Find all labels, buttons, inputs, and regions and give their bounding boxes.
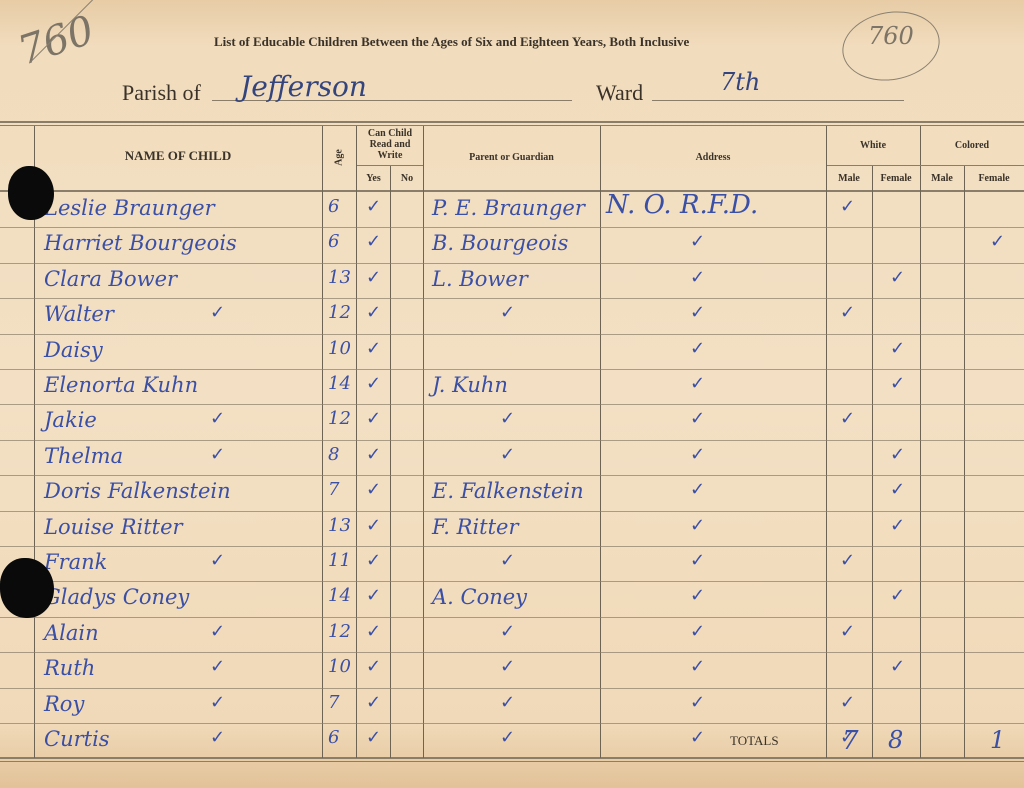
- can-read-write-yes: ✓: [366, 231, 381, 252]
- white-female-mark: ✓: [890, 656, 905, 677]
- address: ✓: [690, 656, 705, 677]
- parent-or-guardian: ✓: [500, 621, 515, 642]
- can-read-write-yes: ✓: [366, 656, 381, 677]
- header-name-of-child: NAME OF CHILD: [34, 150, 322, 161]
- row-divider: [0, 334, 1024, 335]
- parent-or-guardian: F. Ritter: [432, 515, 519, 539]
- totals-white-female: 8: [888, 726, 903, 754]
- binder-hole-bottom: [0, 558, 54, 618]
- col-divider: [423, 126, 424, 758]
- child-name: Daisy: [44, 338, 103, 362]
- table-bottom-border-2: [0, 761, 1024, 762]
- address: ✓: [690, 479, 705, 500]
- child-age: 14: [328, 585, 351, 606]
- surname-check-mark: ✓: [210, 692, 225, 713]
- row-divider: [0, 617, 1024, 618]
- parent-or-guardian: ✓: [500, 302, 515, 323]
- child-name: Thelma: [44, 444, 123, 468]
- surname-check-mark: ✓: [210, 302, 225, 323]
- child-name: Clara Bower: [44, 267, 177, 291]
- parent-or-guardian: ✓: [500, 727, 515, 748]
- address: ✓: [690, 585, 705, 606]
- child-name: Harriet Bourgeois: [44, 231, 237, 255]
- can-read-write-yes: ✓: [366, 585, 381, 606]
- white-female-mark: ✓: [890, 515, 905, 536]
- col-divider: [872, 166, 873, 758]
- surname-check-mark: ✓: [210, 550, 225, 571]
- address: ✓: [690, 302, 705, 323]
- can-read-write-yes: ✓: [366, 444, 381, 465]
- col-divider: [826, 126, 827, 758]
- can-read-write-yes: ✓: [366, 373, 381, 394]
- row-divider: [0, 758, 1024, 759]
- parent-or-guardian: L. Bower: [432, 267, 528, 291]
- address: ✓: [690, 373, 705, 394]
- col-divider: [34, 126, 35, 758]
- address: ✓: [690, 550, 705, 571]
- white-male-mark: ✓: [840, 621, 855, 642]
- row-divider: [0, 723, 1024, 724]
- child-name: Alain: [44, 621, 99, 645]
- parent-or-guardian: ✓: [500, 656, 515, 677]
- child-name: Ruth: [44, 656, 95, 680]
- row-divider: [0, 440, 1024, 441]
- white-female-mark: ✓: [890, 267, 905, 288]
- address: ✓: [690, 515, 705, 536]
- row-divider: [0, 263, 1024, 264]
- parent-or-guardian: ✓: [500, 444, 515, 465]
- col-divider: [600, 126, 601, 758]
- white-female-mark: ✓: [890, 373, 905, 394]
- table-top-border: [0, 121, 1024, 123]
- row-divider: [0, 404, 1024, 405]
- child-age: 12: [328, 302, 351, 323]
- subheader-line: [827, 165, 1024, 166]
- white-male-mark: ✓: [840, 196, 855, 217]
- parish-value: Jefferson: [240, 70, 367, 103]
- col-divider: [390, 166, 391, 758]
- header-bottom-border: [0, 190, 1024, 192]
- child-name: Doris Falkenstein: [44, 479, 231, 503]
- surname-check-mark: ✓: [210, 727, 225, 748]
- parent-or-guardian: P. E. Braunger: [432, 196, 585, 220]
- surname-check-mark: ✓: [210, 444, 225, 465]
- col-divider: [356, 126, 357, 758]
- child-name: Louise Ritter: [44, 515, 183, 539]
- white-male-mark: ✓: [840, 302, 855, 323]
- parent-or-guardian: B. Bourgeois: [432, 231, 568, 255]
- row-divider: [0, 475, 1024, 476]
- white-male-mark: ✓: [840, 692, 855, 713]
- ward-label: Ward: [596, 80, 643, 106]
- white-male-mark: ✓: [840, 550, 855, 571]
- header-no: No: [391, 173, 423, 184]
- can-read-write-yes: ✓: [366, 692, 381, 713]
- child-name: Gladys Coney: [44, 585, 189, 609]
- header-parent: Parent or Guardian: [423, 152, 600, 163]
- parish-label: Parish of: [122, 80, 201, 106]
- child-name: Leslie Braunger: [44, 196, 215, 220]
- white-female-mark: ✓: [890, 585, 905, 606]
- child-name: Roy: [44, 692, 84, 716]
- child-name: Jakie: [44, 408, 97, 432]
- address: ✓: [690, 727, 705, 748]
- child-name: Curtis: [44, 727, 110, 751]
- child-name: Frank: [44, 550, 107, 574]
- parent-or-guardian: E. Falkenstein: [432, 479, 584, 503]
- address: N. O. R.F.D.: [606, 190, 758, 220]
- address: ✓: [690, 267, 705, 288]
- row-divider: [0, 369, 1024, 370]
- header-white-female: Female: [872, 173, 920, 184]
- header-white-male: Male: [826, 173, 872, 184]
- subheader-line: [357, 165, 423, 166]
- parent-or-guardian: ✓: [500, 692, 515, 713]
- row-divider: [0, 227, 1024, 228]
- child-age: 8: [328, 444, 339, 465]
- row-divider: [0, 652, 1024, 653]
- totals-colored-female: 1: [990, 726, 1005, 754]
- header-address: Address: [600, 152, 826, 163]
- can-read-write-yes: ✓: [366, 727, 381, 748]
- parent-or-guardian: A. Coney: [432, 585, 527, 609]
- child-name: Walter: [44, 302, 114, 326]
- can-read-write-yes: ✓: [366, 621, 381, 642]
- child-age: 6: [328, 727, 339, 748]
- child-age: 7: [328, 692, 339, 713]
- surname-check-mark: ✓: [210, 621, 225, 642]
- ward-line: [652, 100, 904, 101]
- totals-label: TOTALS: [730, 733, 779, 749]
- ward-value: 7th: [720, 68, 760, 96]
- row-divider: [0, 298, 1024, 299]
- address: ✓: [690, 621, 705, 642]
- totals-white-male: 7: [842, 726, 859, 756]
- white-female-mark: ✓: [890, 479, 905, 500]
- surname-check-mark: ✓: [210, 408, 225, 429]
- address: ✓: [690, 692, 705, 713]
- row-divider: [0, 581, 1024, 582]
- header-colored: Colored: [920, 140, 1024, 151]
- child-age: 14: [328, 373, 351, 394]
- can-read-write-yes: ✓: [366, 515, 381, 536]
- white-female-mark: ✓: [890, 338, 905, 359]
- parent-or-guardian: ✓: [500, 408, 515, 429]
- row-divider: [0, 688, 1024, 689]
- child-age: 6: [328, 231, 339, 252]
- col-divider: [964, 166, 965, 758]
- address: ✓: [690, 231, 705, 252]
- table-top-border-2: [0, 125, 1024, 126]
- row-divider: [0, 546, 1024, 547]
- can-read-write-yes: ✓: [366, 408, 381, 429]
- child-age: 13: [328, 515, 351, 536]
- child-age: 12: [328, 408, 351, 429]
- can-read-write-yes: ✓: [366, 302, 381, 323]
- binder-hole-top: [8, 166, 54, 220]
- header-white: White: [826, 140, 920, 151]
- child-age: 10: [328, 656, 351, 677]
- header-can-read-write: Can Child Read and Write: [358, 128, 422, 161]
- address: ✓: [690, 338, 705, 359]
- header-yes: Yes: [357, 173, 390, 184]
- child-age: 12: [328, 621, 351, 642]
- address: ✓: [690, 408, 705, 429]
- address: ✓: [690, 444, 705, 465]
- colored-female-mark: ✓: [990, 231, 1005, 252]
- child-age: 11: [328, 550, 351, 571]
- can-read-write-yes: ✓: [366, 267, 381, 288]
- document-title: List of Educable Children Between the Ag…: [214, 34, 689, 50]
- white-female-mark: ✓: [890, 444, 905, 465]
- col-divider: [920, 126, 921, 758]
- header-colored-female: Female: [964, 173, 1024, 184]
- child-age: 7: [328, 479, 339, 500]
- col-divider: [322, 126, 323, 758]
- can-read-write-yes: ✓: [366, 338, 381, 359]
- child-name: Elenorta Kuhn: [44, 373, 198, 397]
- header-age: Age: [334, 145, 345, 171]
- can-read-write-yes: ✓: [366, 479, 381, 500]
- can-read-write-yes: ✓: [366, 550, 381, 571]
- parent-or-guardian: J. Kuhn: [432, 373, 508, 397]
- white-male-mark: ✓: [840, 408, 855, 429]
- child-age: 6: [328, 196, 339, 217]
- row-divider: [0, 511, 1024, 512]
- surname-check-mark: ✓: [210, 656, 225, 677]
- parent-or-guardian: ✓: [500, 550, 515, 571]
- child-age: 10: [328, 338, 351, 359]
- header-colored-male: Male: [920, 173, 964, 184]
- child-age: 13: [328, 267, 351, 288]
- pencil-number-right: 760: [868, 22, 914, 50]
- can-read-write-yes: ✓: [366, 196, 381, 217]
